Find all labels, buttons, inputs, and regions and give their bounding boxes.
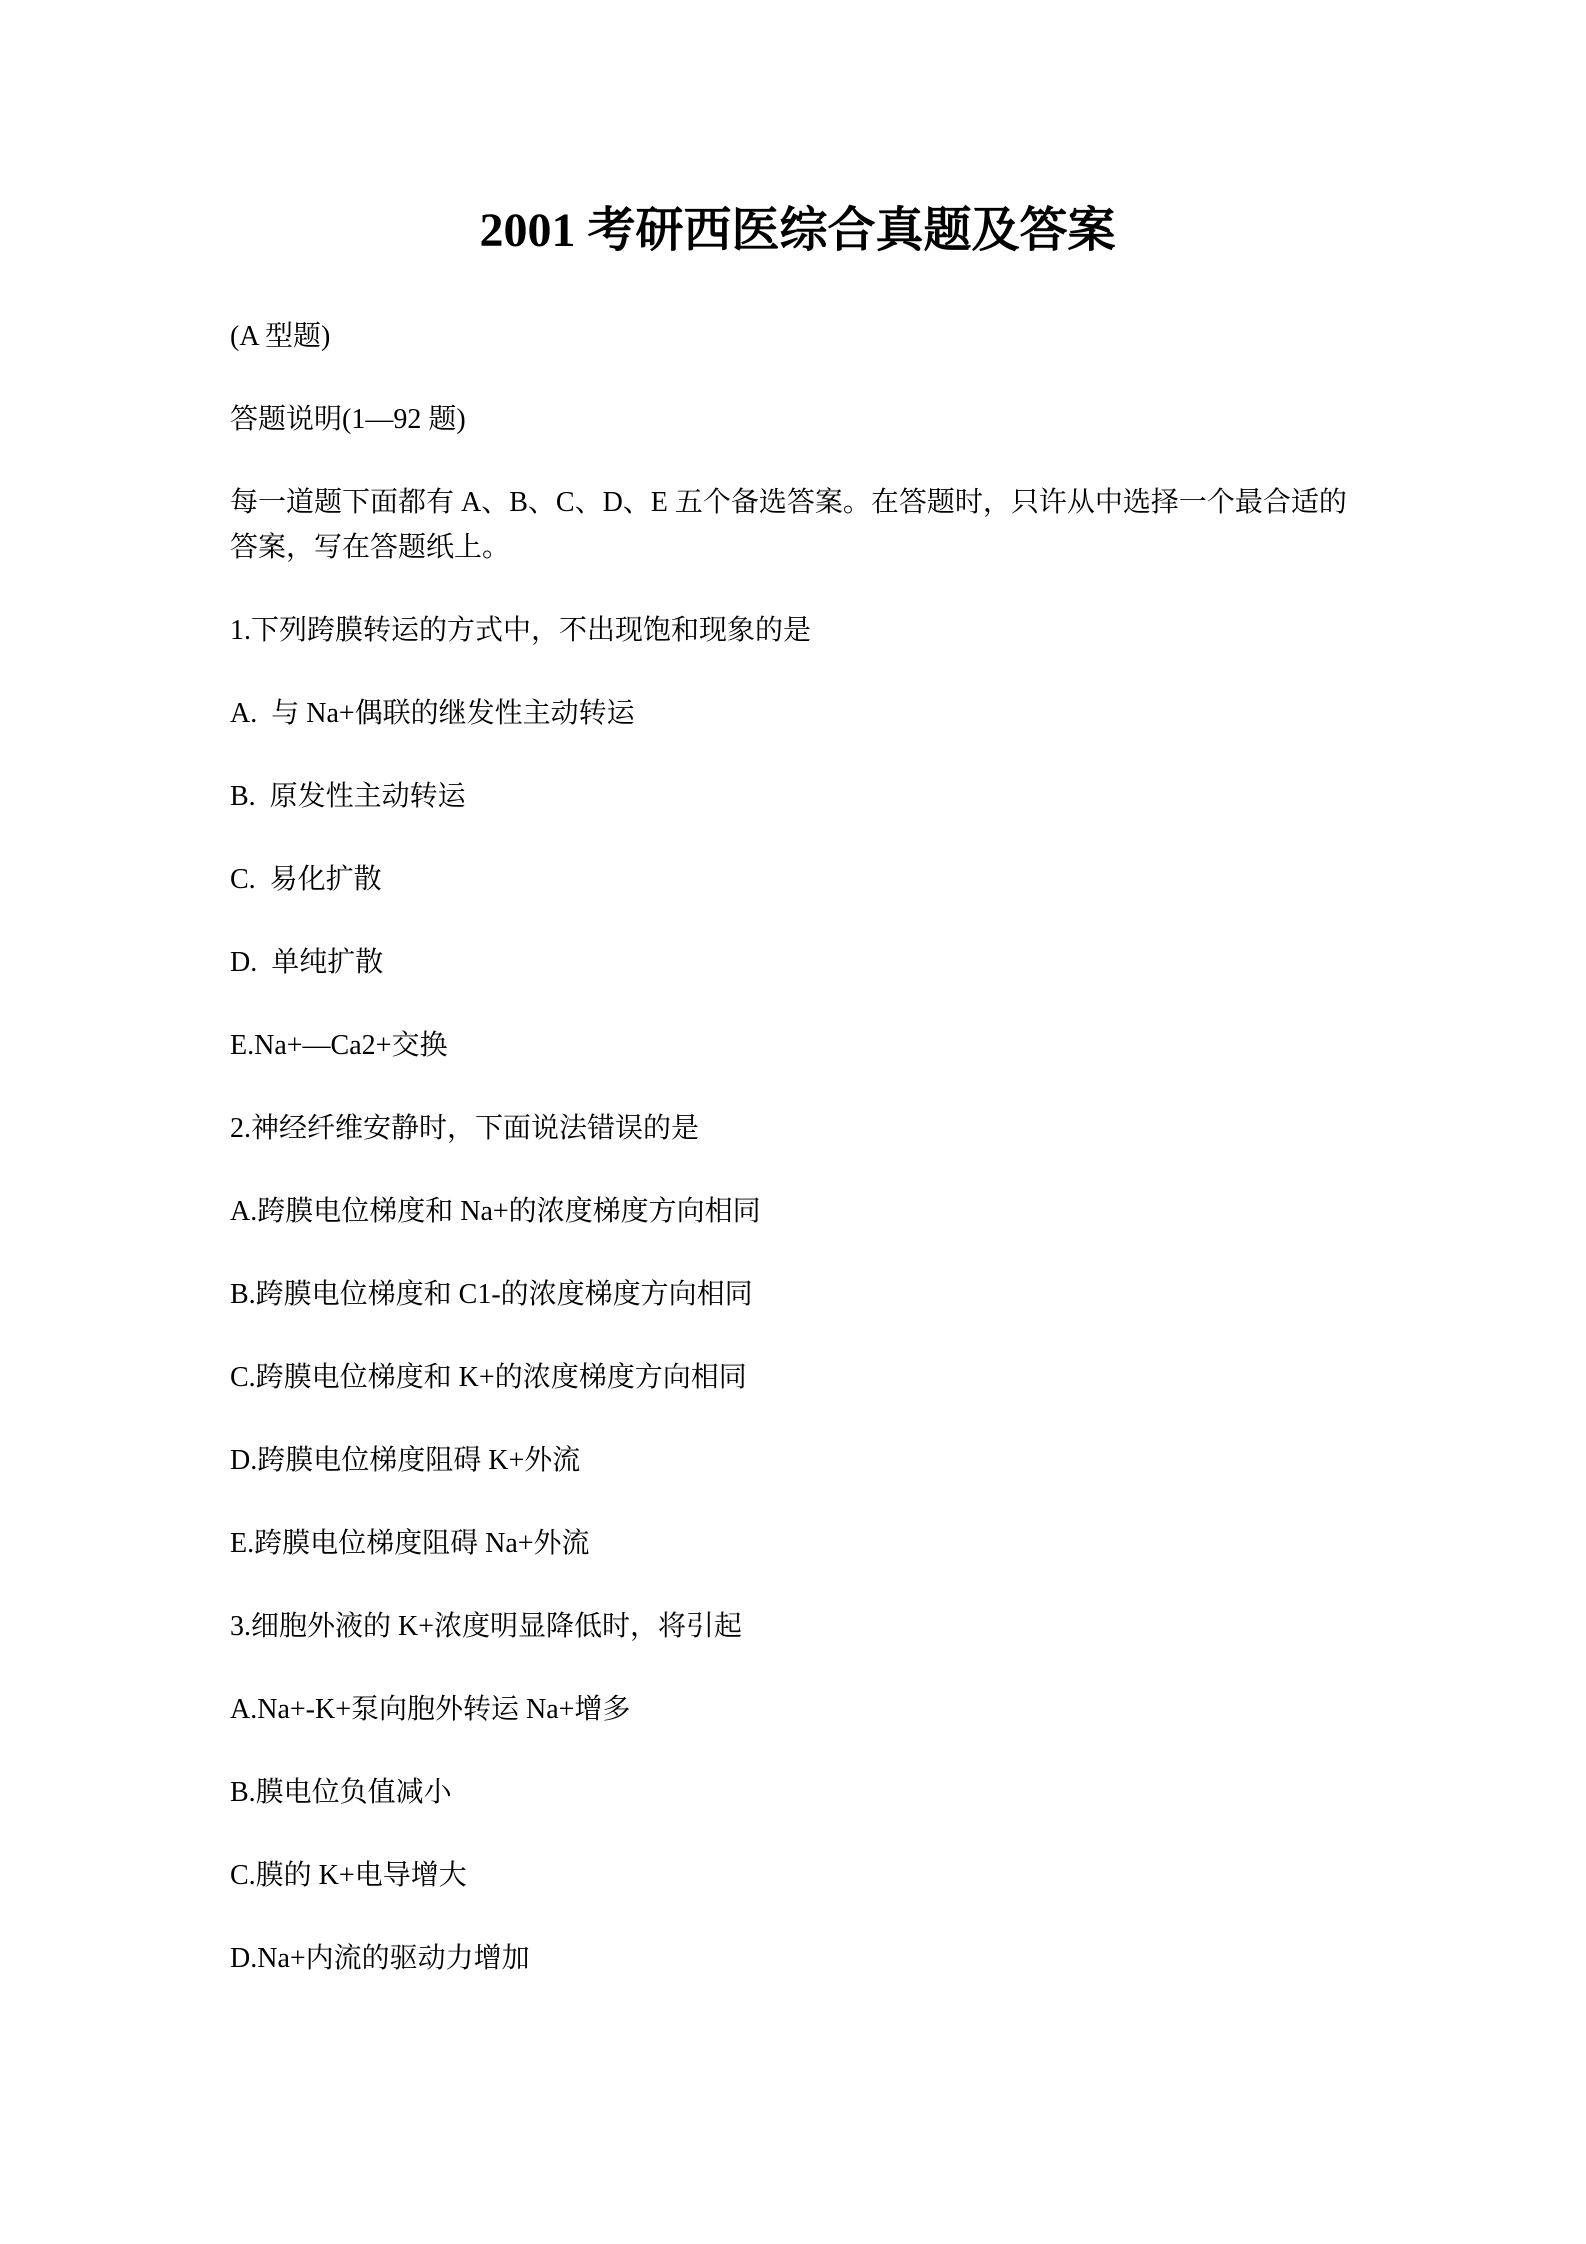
document-title: 2001 考研西医综合真题及答案 — [230, 201, 1365, 261]
question-1: 1.下列跨膜转运的方式中，不出现饱和现象的是 A. 与 Na+偶联的继发性主动转… — [230, 608, 1365, 1068]
question-1-option-c: C. 易化扩散 — [230, 857, 1365, 902]
question-1-option-d: D. 单纯扩散 — [230, 940, 1365, 985]
question-1-option-a: A. 与 Na+偶联的继发性主动转运 — [230, 691, 1365, 736]
document-page: 2001 考研西医综合真题及答案 (A 型题) 答题说明(1—92 题) 每一道… — [0, 0, 1586, 2244]
question-3-option-c: C.膜的 K+电导增大 — [230, 1853, 1365, 1898]
instructions-heading: 答题说明(1—92 题) — [230, 397, 1365, 442]
question-2-option-a: A.跨膜电位梯度和 Na+的浓度梯度方向相同 — [230, 1189, 1365, 1234]
question-1-stem: 1.下列跨膜转运的方式中，不出现饱和现象的是 — [230, 608, 1365, 653]
question-2: 2.神经纤维安静时，下面说法错误的是 A.跨膜电位梯度和 Na+的浓度梯度方向相… — [230, 1106, 1365, 1566]
question-2-option-b: B.跨膜电位梯度和 C1-的浓度梯度方向相同 — [230, 1272, 1365, 1317]
question-2-stem: 2.神经纤维安静时，下面说法错误的是 — [230, 1106, 1365, 1151]
question-2-option-e: E.跨膜电位梯度阻碍 Na+外流 — [230, 1521, 1365, 1566]
question-3-option-b: B.膜电位负值减小 — [230, 1770, 1365, 1815]
section-type-label: (A 型题) — [230, 314, 1365, 359]
question-3-option-d: D.Na+内流的驱动力增加 — [230, 1936, 1365, 1981]
question-3-option-a: A.Na+-K+泵向胞外转运 Na+增多 — [230, 1687, 1365, 1732]
question-1-option-b: B. 原发性主动转运 — [230, 774, 1365, 819]
question-3: 3.细胞外液的 K+浓度明显降低时，将引起 A.Na+-K+泵向胞外转运 Na+… — [230, 1604, 1365, 1981]
instructions-text: 每一道题下面都有 A、B、C、D、E 五个备选答案。在答题时，只许从中选择一个最… — [230, 480, 1365, 570]
question-2-option-c: C.跨膜电位梯度和 K+的浓度梯度方向相同 — [230, 1355, 1365, 1400]
question-2-option-d: D.跨膜电位梯度阻碍 K+外流 — [230, 1438, 1365, 1483]
question-1-option-e: E.Na+—Ca2+交换 — [230, 1023, 1365, 1068]
question-3-stem: 3.细胞外液的 K+浓度明显降低时，将引起 — [230, 1604, 1365, 1649]
